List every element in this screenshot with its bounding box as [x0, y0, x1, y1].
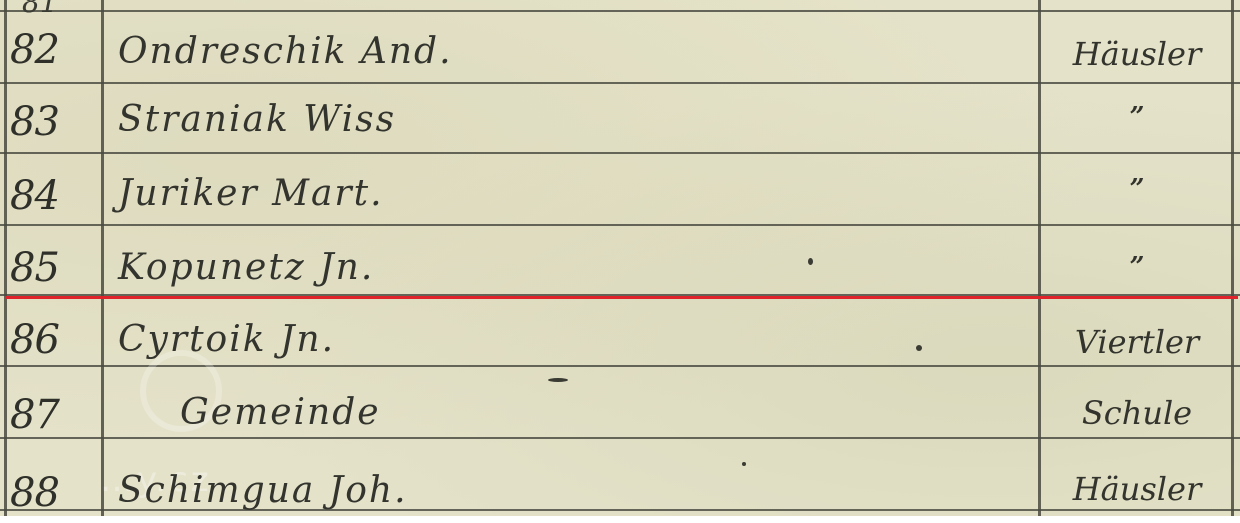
row-name: Schimgua Joh. — [118, 473, 408, 509]
ink-speck — [808, 258, 813, 265]
register-row: 88 Schimgua Joh. Häusler — [0, 439, 1240, 509]
row-number: 87 — [10, 395, 98, 435]
register-row: 82 Ondreschik And. Häusler — [0, 12, 1240, 82]
ink-speck — [548, 378, 568, 382]
row-status-ditto: ” — [1046, 176, 1228, 202]
register-row: 85 Kopunetz Jn. ” — [0, 226, 1240, 294]
register-scan: 81 …y.cz 82 Ondreschik And. Häusler 83 S… — [0, 0, 1240, 516]
row-number: 82 — [10, 30, 98, 70]
row-name: Straniak Wiss — [118, 102, 396, 138]
row-name: Kopunetz Jn. — [118, 250, 374, 286]
row-name: Ondreschik And. — [118, 34, 453, 70]
row-number: 85 — [10, 248, 98, 288]
row-status: Häusler — [1046, 473, 1228, 505]
row-number: 83 — [10, 102, 98, 142]
register-row: 87 Gemeinde Schule — [0, 367, 1240, 437]
row-status-ditto: ” — [1046, 104, 1228, 130]
row-number: 84 — [10, 176, 98, 216]
row-number: 88 — [10, 473, 98, 513]
register-row: 84 Juriker Mart. ” — [0, 154, 1240, 224]
register-row: 83 Straniak Wiss ” — [0, 84, 1240, 152]
ink-speck — [916, 345, 922, 351]
ink-speck — [742, 462, 746, 466]
row-name: Gemeinde — [180, 395, 381, 431]
row-status-ditto: ” — [1046, 254, 1228, 280]
row-status: Schule — [1046, 397, 1228, 429]
register-row: 86 Cyrtoik Jn. Viertler — [0, 300, 1240, 365]
row-name: Cyrtoik Jn. — [118, 322, 335, 358]
row-number: 86 — [10, 320, 98, 360]
row-status: Viertler — [1046, 326, 1228, 358]
row-status: Häusler — [1046, 38, 1228, 70]
red-underline-annotation — [6, 296, 1238, 299]
row-name: Juriker Mart. — [118, 176, 384, 212]
